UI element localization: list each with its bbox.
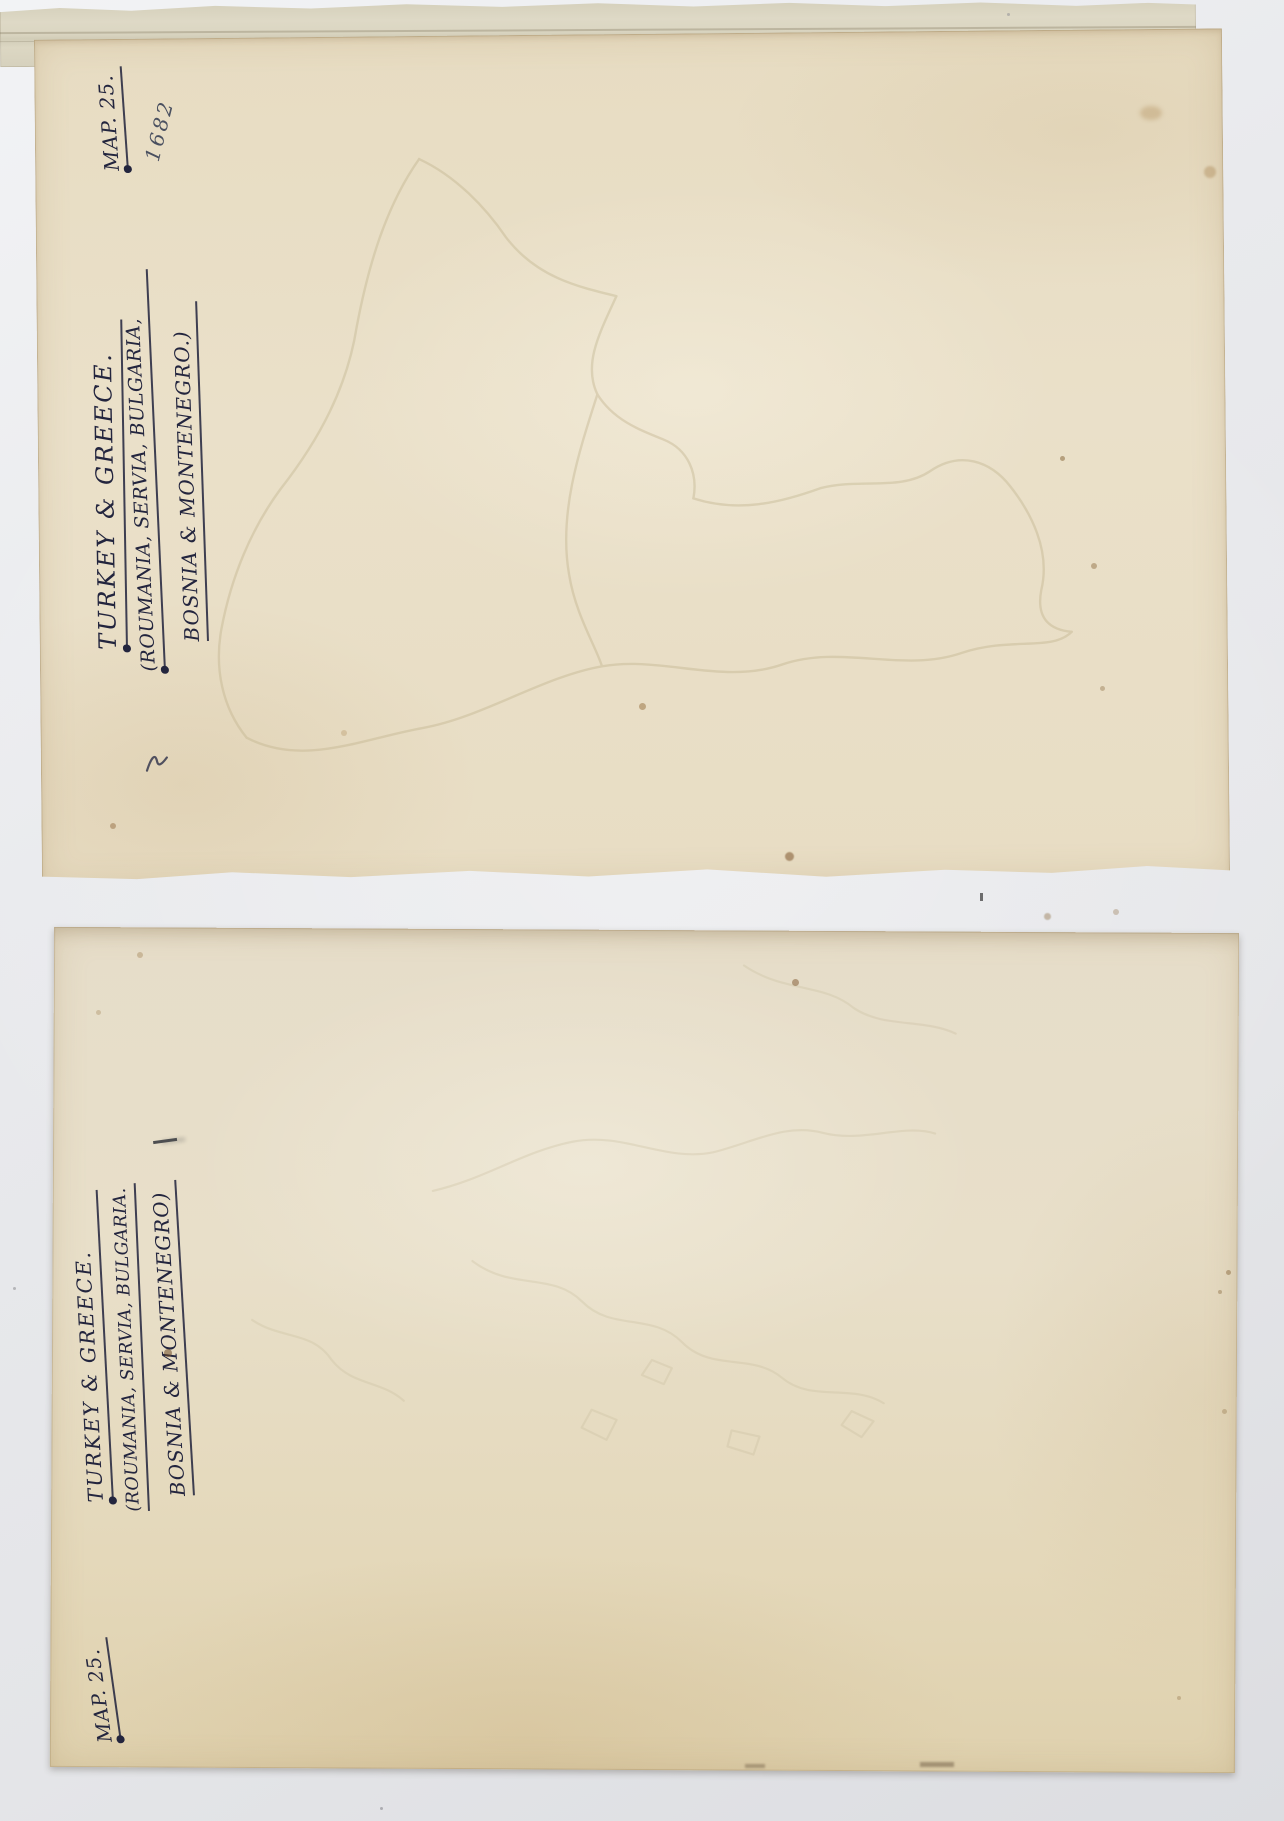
ghost-border-inner [565,394,602,666]
ghost-border-south [246,632,1073,751]
ghost-island [842,1411,874,1437]
ghost-coastline [252,1320,404,1401]
ghost-map-outline-top [34,28,1230,887]
ghost-island [727,1430,759,1454]
top-sheet [34,28,1230,887]
ghost-coastline [744,966,956,1034]
dust-speck [380,1807,383,1810]
foxing-spot [1113,909,1119,915]
ghost-border-north [419,156,695,501]
ink-squiggle-mark [143,746,173,776]
ghost-border-east [693,459,1072,635]
top-title: TURKEY & GREECE. [88,319,128,650]
ghost-island [582,1410,617,1440]
pencil-dash-mark [153,1138,177,1144]
photo-backdrop: MAP. 25. 1682 TURKEY & GREECE. (ROUMANIA… [0,0,1284,1821]
ghost-island [642,1360,672,1384]
dust-speck [13,1287,16,1290]
ink-fleck [980,893,983,901]
bottom-sheet [50,927,1239,1773]
ghost-coastline [433,1128,935,1194]
ghost-border-west [214,159,425,738]
ghost-coastline [472,1261,885,1403]
foxing-spot [1044,913,1051,920]
ghost-map-outline-bottom [50,927,1239,1773]
